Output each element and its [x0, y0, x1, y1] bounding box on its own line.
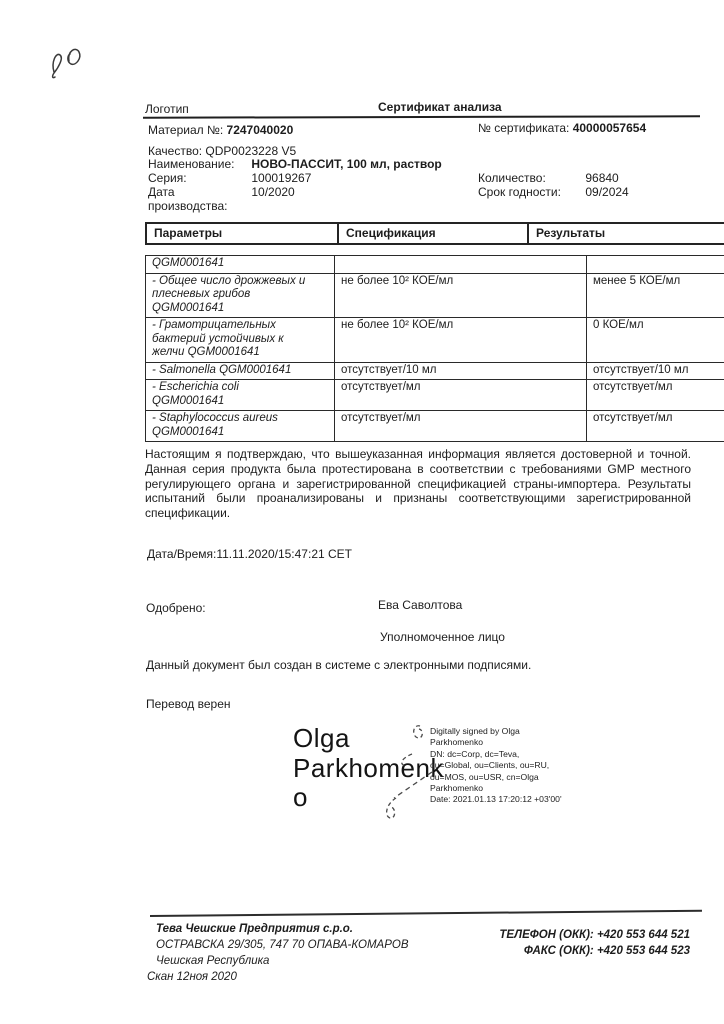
result-cell: отсутствует/мл: [587, 411, 724, 442]
result-cell: отсутствует/мл: [587, 380, 724, 411]
specification-cell: не более 10² КОЕ/мл: [335, 273, 587, 318]
table-row: - Грамотрицательных бактерий устойчивых …: [146, 318, 724, 363]
production-date-label-cont: производства:: [148, 199, 227, 213]
production-date-label2: производства:: [148, 199, 227, 213]
footer-company: Тева Чешские Предприятия с.р.о.: [156, 921, 409, 937]
parameter-cell: - Грамотрицательных бактерий устойчивых …: [146, 318, 335, 363]
footer-fax: ФАКС (ОКК): +420 553 644 523: [400, 943, 690, 959]
electronic-signature-note: Данный документ был создан в системе с э…: [146, 658, 531, 672]
specification-cell: не более 10² КОЕ/мл: [335, 318, 587, 363]
material-value: 7247040020: [227, 123, 294, 137]
production-date-label: Дата: [148, 185, 248, 199]
footer-contact-block: ТЕЛЕФОН (ОКК): +420 553 644 521 ФАКС (ОК…: [400, 927, 690, 959]
header-rule: [143, 115, 700, 118]
result-cell: отсутствует/10 мл: [587, 362, 724, 380]
specification-cell: отсутствует/мл: [335, 380, 587, 411]
specification-cell: отсутствует/мл: [335, 411, 587, 442]
datetime-stamp: Дата/Время:11.11.2020/15:47:21 CET: [147, 547, 352, 561]
approver-name: Ева Саволтова: [378, 598, 462, 612]
quality-value: QDP0023228 V5: [205, 144, 296, 158]
footer-phone: ТЕЛЕФОН (ОКК): +420 553 644 521: [400, 927, 690, 943]
certificate-label: № сертификата:: [478, 121, 569, 135]
header-row: Параметры Спецификация Результаты: [146, 223, 724, 244]
approved-label: Одобрено:: [146, 601, 206, 615]
product-name-label: Наименование:: [148, 157, 248, 171]
footer-rule: [150, 910, 702, 917]
batch-line: Серия: 100019267: [148, 171, 311, 185]
confirmation-statement: Настоящим я подтверждаю, что вышеуказанн…: [145, 447, 691, 521]
parameter-cell: - Общее число дрожжевых и плесневых гриб…: [146, 273, 335, 318]
parameter-cell: - Staphylococcus aureus QGM0001641: [146, 411, 335, 442]
product-name-value: НОВО-ПАССИТ, 100 мл, раствор: [251, 157, 441, 171]
specification-cell: отсутствует/10 мл: [335, 362, 587, 380]
approver-role: Уполномоченное лицо: [380, 630, 505, 644]
table-row: - Salmonella QGM0001641 отсутствует/10 м…: [146, 362, 724, 380]
col-specification: Спецификация: [338, 223, 528, 244]
parameter-cell: QGM0001641: [146, 256, 335, 274]
parameter-cell: - Salmonella QGM0001641: [146, 362, 335, 380]
result-cell: [587, 256, 724, 274]
logo-placeholder-label: Логотип: [145, 102, 189, 116]
result-cell: 0 КОЕ/мл: [587, 318, 724, 363]
certificate-of-analysis-page: Логотип Сертификат анализа Материал №: 7…: [0, 0, 724, 1024]
results-table: QGM0001641 - Общее число дрожжевых и пле…: [145, 255, 724, 442]
quality-label: Качество:: [148, 144, 202, 158]
certificate-number-line: № сертификата: 40000057654: [478, 121, 646, 135]
results-table-header: Параметры Спецификация Результаты: [145, 222, 724, 245]
quantity-label: Количество:: [478, 171, 582, 185]
result-cell: менее 5 КОЕ/мл: [587, 273, 724, 318]
production-date-value: 10/2020: [251, 185, 294, 199]
handwritten-pen-mark: [44, 38, 92, 88]
material-label: Материал №:: [148, 123, 223, 137]
quantity-line: Количество: 96840: [478, 171, 619, 185]
specification-cell: [335, 256, 587, 274]
document-title: Сертификат анализа: [378, 100, 502, 114]
quantity-value: 96840: [585, 171, 618, 185]
translation-note: Перевод верен: [146, 697, 231, 711]
table-row: QGM0001641: [146, 256, 724, 274]
expiry-label: Срок годности:: [478, 185, 582, 199]
col-parameters: Параметры: [146, 223, 338, 244]
batch-label: Серия:: [148, 171, 248, 185]
batch-value: 100019267: [251, 171, 311, 185]
signature-details: Digitally signed by Olga Parkhomenko DN:…: [430, 726, 590, 806]
footer-country: Чешская Республика: [156, 953, 409, 969]
quality-line: Качество: QDP0023228 V5: [148, 144, 296, 158]
table-row: - Общее число дрожжевых и плесневых гриб…: [146, 273, 724, 318]
footer-scan-note: Скан 12ноя 2020: [147, 969, 409, 985]
footer-address: ОСТРАВСКА 29/305, 747 70 ОПАВА-КОМАРОВ: [156, 937, 409, 953]
expiry-line: Срок годности: 09/2024: [478, 185, 629, 199]
table-row: - Escherichia coli QGM0001641 отсутствуе…: [146, 380, 724, 411]
production-date-line: Дата 10/2020: [148, 185, 295, 199]
expiry-value: 09/2024: [585, 185, 628, 199]
table-row: - Staphylococcus aureus QGM0001641 отсут…: [146, 411, 724, 442]
parameter-cell: - Escherichia coli QGM0001641: [146, 380, 335, 411]
col-results: Результаты: [528, 223, 724, 244]
material-number-line: Материал №: 7247040020: [148, 123, 293, 137]
product-name-line: Наименование: НОВО-ПАССИТ, 100 мл, раств…: [148, 157, 442, 171]
footer-company-block: Тева Чешские Предприятия с.р.о. ОСТРАВСК…: [156, 921, 409, 985]
certificate-value: 40000057654: [573, 121, 646, 135]
